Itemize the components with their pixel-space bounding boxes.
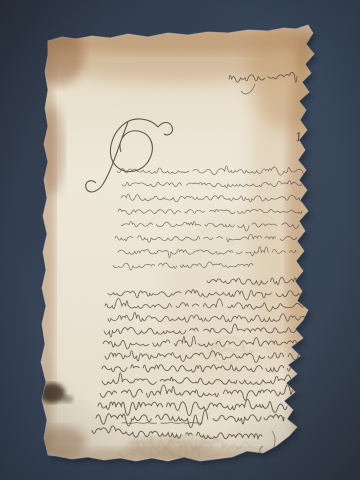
vignette bbox=[0, 0, 360, 480]
manuscript-photo: 1 bbox=[0, 0, 360, 480]
